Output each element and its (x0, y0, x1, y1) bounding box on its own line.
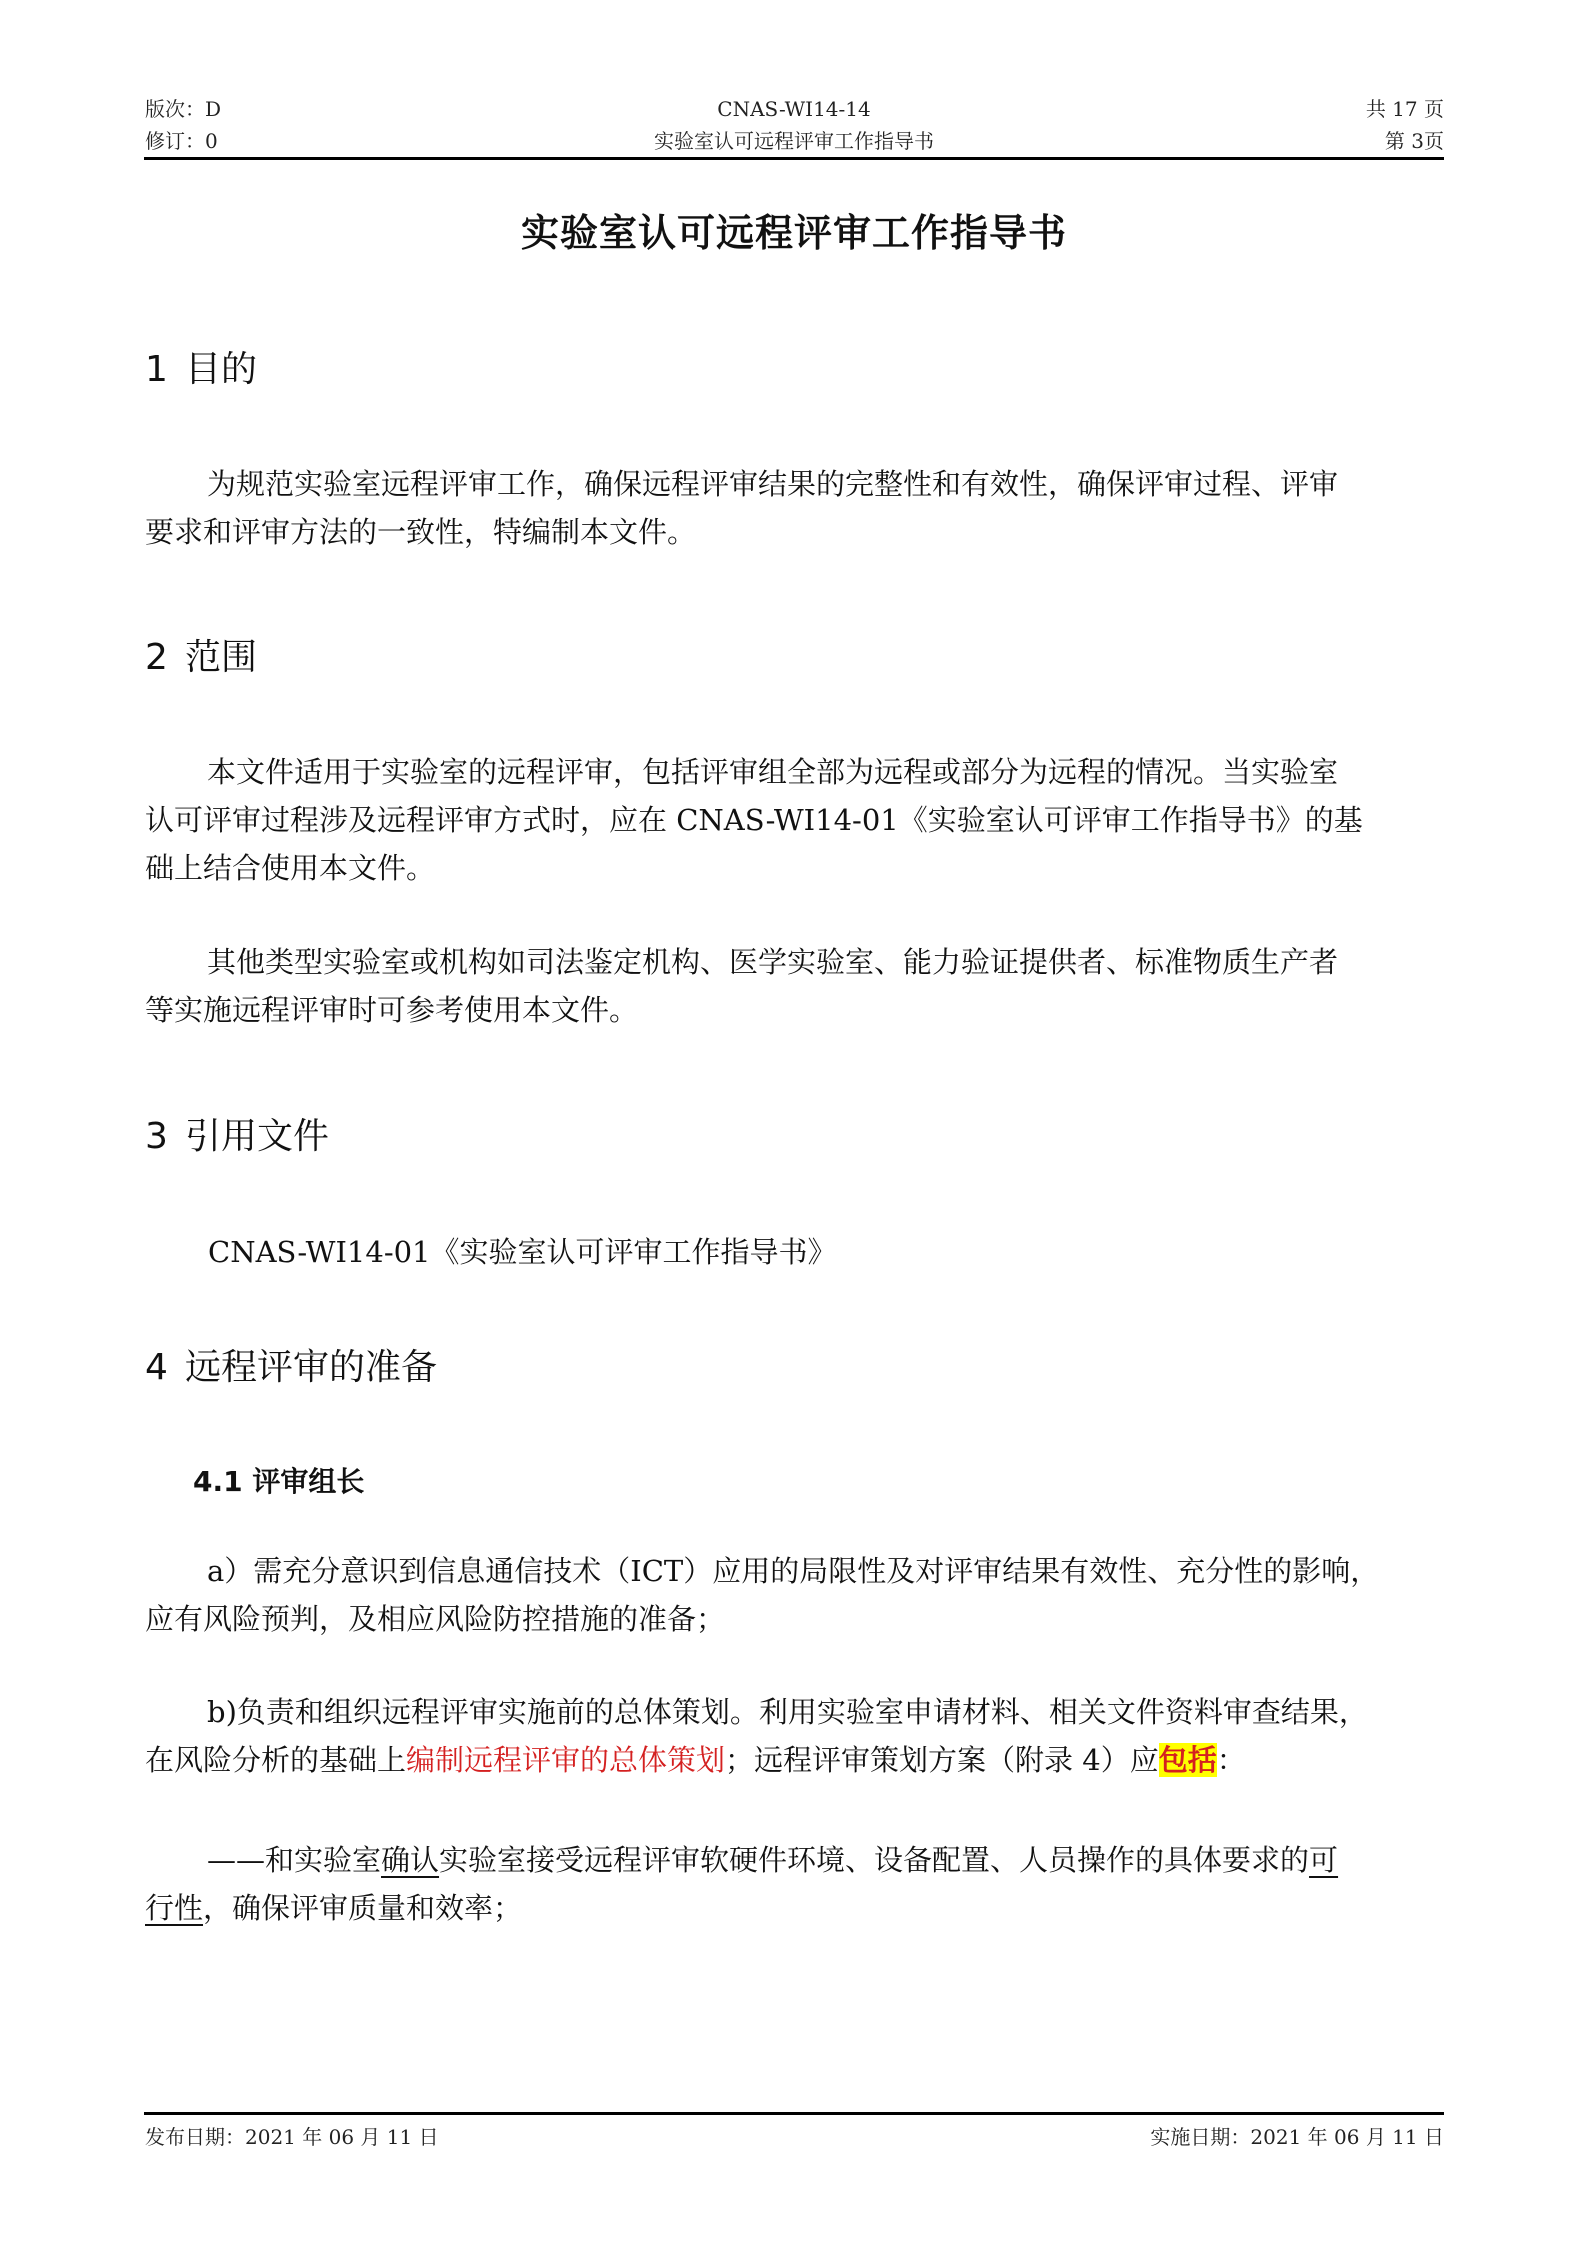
section-number: 2 (145, 635, 185, 681)
dash-item: ——和实验室确认实验室接受远程评审软硬件环境、设备配置、人员操作的具体要求的可 … (145, 1836, 1445, 1932)
section-number: 4 (145, 1345, 185, 1391)
section-1-paragraph: 为规范实验室远程评审工作，确保远程评审结果的完整性和有效性，确保评审过程、评审 … (145, 460, 1445, 556)
text-line: 认可评审过程涉及远程评审方式时，应在 CNAS-WI14-01《实验室认可评审工… (145, 796, 1445, 844)
highlighted-text: 包括 (1159, 1743, 1217, 1777)
underlined-text: 可 (1309, 1843, 1338, 1877)
header-rule (144, 157, 1444, 160)
text-span: 在风险分析的基础上 (145, 1743, 406, 1777)
text-line: 要求和评审方法的一致性，特编制本文件。 (145, 508, 1445, 556)
section-title: 范围 (185, 637, 257, 678)
total-pages: 共 17 页 (1366, 96, 1444, 122)
underlined-text: 确认 (381, 1843, 439, 1877)
text-line: a）需充分意识到信息通信技术（ICT）应用的局限性及对评审结果有效性、充分性的影… (145, 1547, 1445, 1595)
subsection-title: 评审组长 (252, 1465, 364, 1498)
item-b: b)负责和组织远程评审实施前的总体策划。利用实验室申请材料、相关文件资料审查结果… (145, 1688, 1445, 1784)
item-a: a）需充分意识到信息通信技术（ICT）应用的局限性及对评审结果有效性、充分性的影… (145, 1547, 1445, 1643)
text-line: 其他类型实验室或机构如司法鉴定机构、医学实验室、能力验证提供者、标准物质生产者 (145, 938, 1445, 986)
current-page: 第 3页 (1385, 128, 1444, 154)
text-line: b)负责和组织远程评审实施前的总体策划。利用实验室申请材料、相关文件资料审查结果… (145, 1688, 1445, 1736)
text-line: 本文件适用于实验室的远程评审，包括评审组全部为远程或部分为远程的情况。当实验室 (145, 748, 1445, 796)
section-heading-1: 1目的 (145, 347, 257, 393)
section-heading-4: 4远程评审的准备 (145, 1345, 437, 1391)
text-line: 应有风险预判，及相应风险防控措施的准备； (145, 1595, 1445, 1643)
doc-name-header: 实验室认可远程评审工作指导书 (0, 128, 1588, 154)
section-heading-3: 3引用文件 (145, 1114, 329, 1160)
section-title: 远程评审的准备 (185, 1347, 437, 1388)
text-line: 行性，确保评审质量和效率； (145, 1884, 1445, 1932)
section-number: 1 (145, 347, 185, 393)
reference-document: CNAS-WI14-01《实验室认可评审工作指导书》 (208, 1228, 837, 1276)
text-span: ——和实验室 (207, 1843, 381, 1877)
section-2-paragraph-2: 其他类型实验室或机构如司法鉴定机构、医学实验室、能力验证提供者、标准物质生产者 … (145, 938, 1445, 1034)
text-span: ： (1217, 1743, 1246, 1777)
effective-date: 实施日期：2021 年 06 月 11 日 (1150, 2124, 1444, 2150)
doc-code: CNAS-WI14-14 (0, 96, 1588, 122)
section-heading-2: 2范围 (145, 635, 257, 681)
underlined-text: 行性 (145, 1891, 203, 1925)
text-line: 为规范实验室远程评审工作，确保远程评审结果的完整性和有效性，确保评审过程、评审 (145, 460, 1445, 508)
text-span: ；远程评审策划方案（附录 4）应 (725, 1743, 1159, 1777)
issue-date: 发布日期：2021 年 06 月 11 日 (145, 2124, 439, 2150)
subsection-number: 4.1 (193, 1465, 243, 1498)
page-title: 实验室认可远程评审工作指导书 (0, 208, 1588, 258)
text-line: ——和实验室确认实验室接受远程评审软硬件环境、设备配置、人员操作的具体要求的可 (145, 1836, 1445, 1884)
text-line: 在风险分析的基础上编制远程评审的总体策划；远程评审策划方案（附录 4）应包括： (145, 1736, 1445, 1784)
section-title: 目的 (185, 349, 257, 390)
text-line: 础上结合使用本文件。 (145, 844, 1445, 892)
subsection-heading-4-1: 4.1 评审组长 (193, 1462, 364, 1502)
section-title: 引用文件 (185, 1116, 329, 1157)
section-number: 3 (145, 1114, 185, 1160)
text-span: ，确保评审质量和效率； (203, 1891, 522, 1925)
text-line: 等实施远程评审时可参考使用本文件。 (145, 986, 1445, 1034)
red-emphasis-text: 编制远程评审的总体策划 (406, 1743, 725, 1777)
text-span: 实验室接受远程评审软硬件环境、设备配置、人员操作的具体要求的 (439, 1843, 1309, 1877)
footer-rule (144, 2112, 1444, 2115)
section-2-paragraph-1: 本文件适用于实验室的远程评审，包括评审组全部为远程或部分为远程的情况。当实验室 … (145, 748, 1445, 892)
